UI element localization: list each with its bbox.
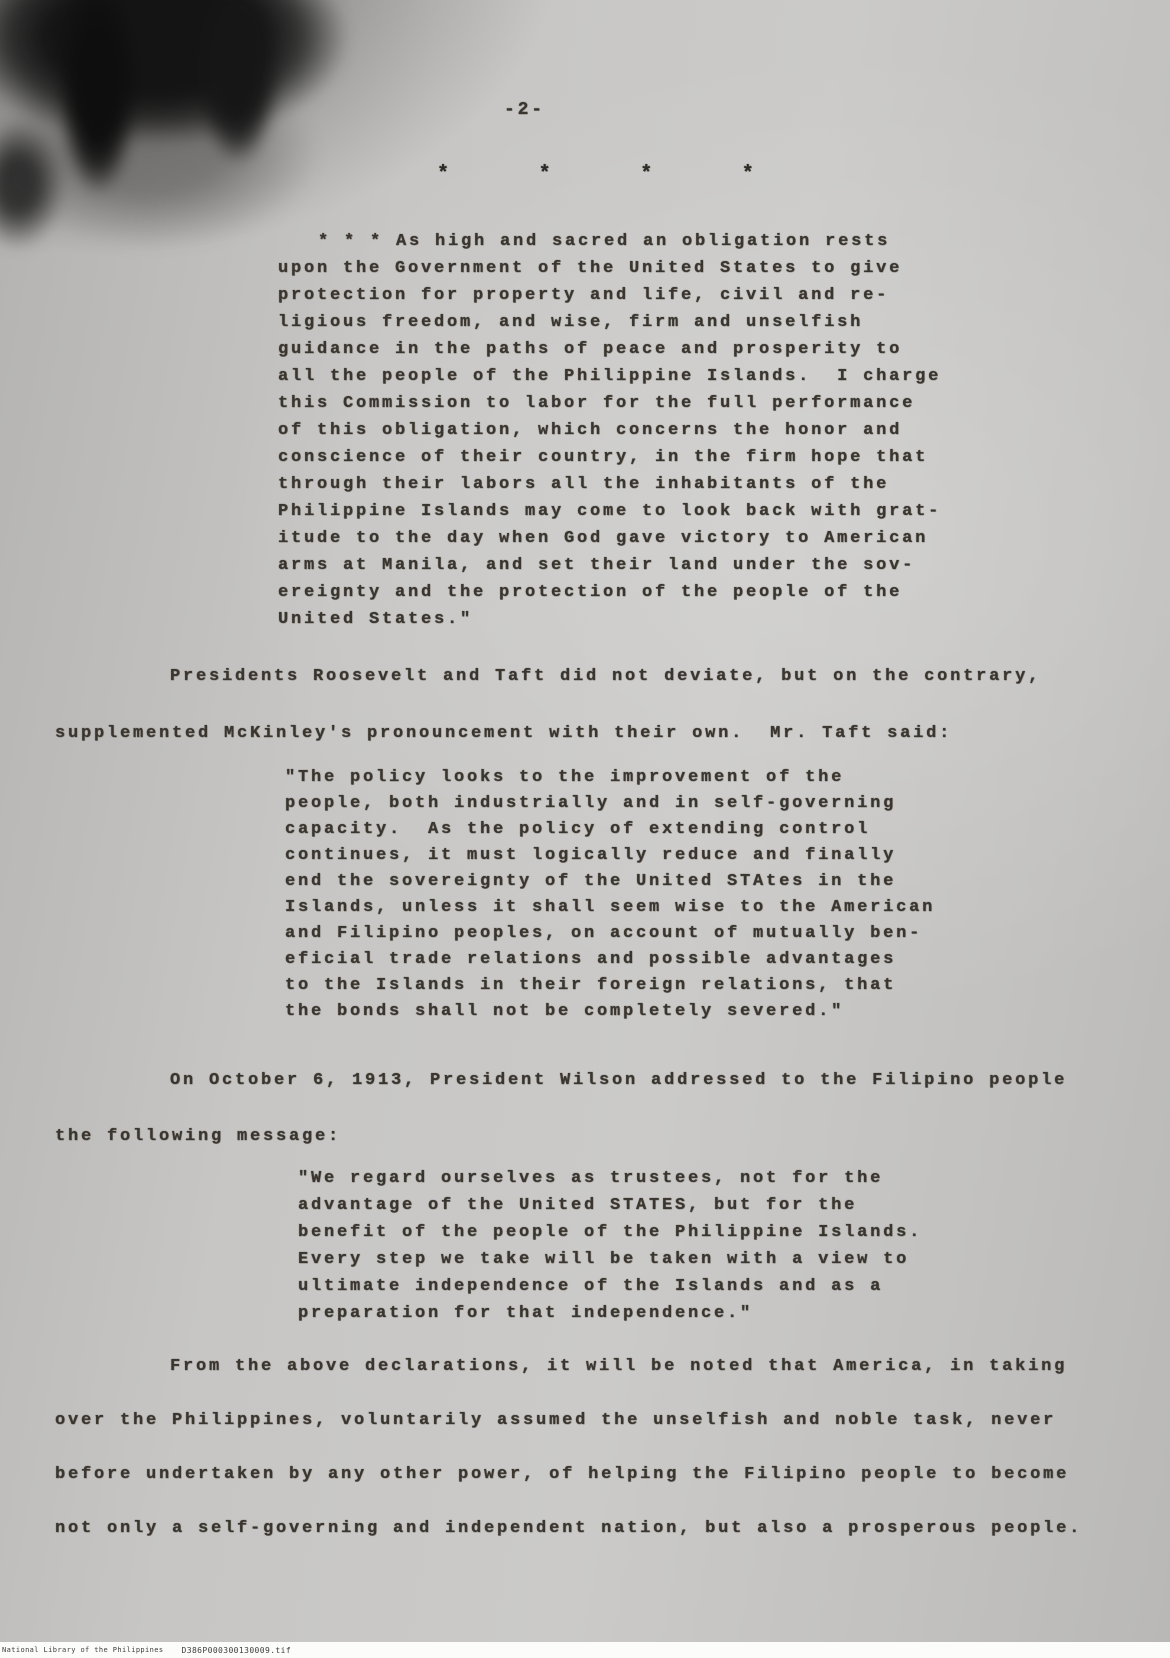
- paragraph-wilson-intro: On October 6, 1913, President Wilson add…: [55, 1053, 1155, 1165]
- quote-taft: "The policy looks to the improvement of …: [285, 765, 1005, 1025]
- page-number: -2-: [504, 100, 545, 120]
- scan-stain-finger-right: [196, 0, 280, 165]
- footer-bar: National Library of the Philippines D386…: [0, 1642, 1170, 1658]
- footer-library-name: National Library of the Philippines: [2, 1646, 164, 1654]
- quote-mckinley: * * * As high and sacred an obligation r…: [278, 228, 998, 633]
- scan-stain-smear: [0, 60, 320, 250]
- quote-wilson: "We regard ourselves as trustees, not fo…: [298, 1165, 1018, 1327]
- footer-filename: D386P000300130009.tif: [182, 1646, 292, 1655]
- scan-stain-finger-left: [58, 0, 138, 195]
- scan-stain-main: [0, 0, 350, 145]
- scan-stain-edge: [0, 120, 65, 250]
- paragraph-roosevelt-taft: Presidents Roosevelt and Taft did not de…: [55, 648, 1155, 762]
- asterisk-separator: * * * *: [437, 163, 757, 186]
- document-page: -2- * * * * * * * As high and sacred an …: [0, 0, 1170, 1658]
- paragraph-conclusion: From the above declarations, it will be …: [55, 1340, 1155, 1556]
